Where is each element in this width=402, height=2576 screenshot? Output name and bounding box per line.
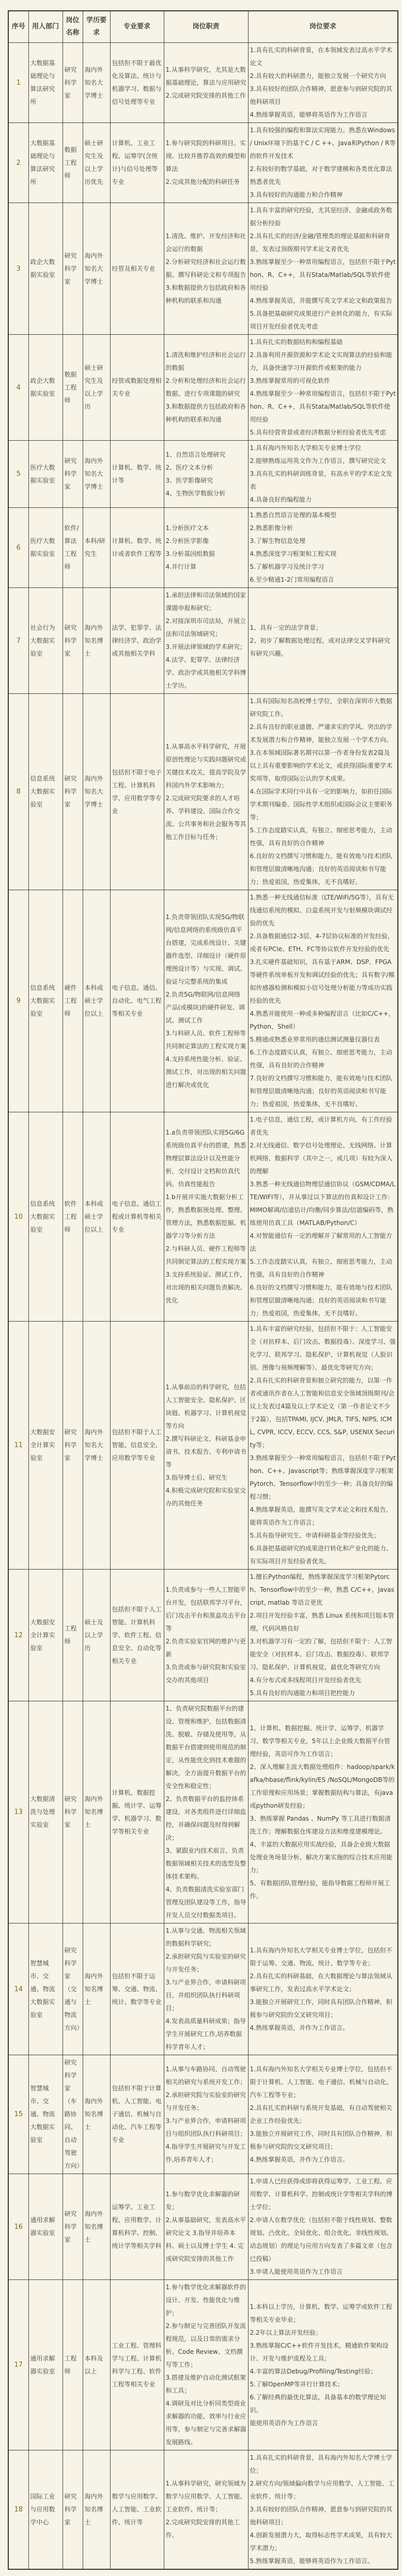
- requirements-item: 6.至少精通1-2门常用编程语言: [250, 573, 396, 586]
- requirements-item: 1.具有扎实的科研背景，在本领域发表过高水平学术论文: [250, 44, 396, 70]
- table-row: 13大数据清洗与处理实验室研究科学家海内外知名博士计算机、数据挖掘、统计学、运筹…: [8, 1701, 398, 1923]
- duties-item: 4.发表高质量科研成果；指导学生开展研究工作,培养数据科学青年人才；: [166, 2015, 246, 2054]
- requirements-item: 2.具有较大的科研潜力，能独立发展一个研究方向: [250, 70, 396, 83]
- duties-item: 1.参与数学优化求解器的研发；: [166, 2188, 246, 2214]
- page: 序号用人部门岗位名称学历要求专业要求岗位职责岗位要求 1大数据基础理论与算法研究…: [0, 0, 402, 2576]
- cell-major: 数学与应用数学、人工智能、工业软件、统计等: [110, 2450, 164, 2570]
- cell-duties: 1.从事科学研究，研究领域为数学与应用数学、人工智能、工业软件、统计等；2.完成…: [164, 2450, 248, 2570]
- requirements-item: 4.有分布式或多线程项目开发经验者优先: [250, 1674, 396, 1687]
- requirements-item: 3.扎实硬件基础知识，具有基于ARM、DSP、FPGA等硬件系统单板开发和调试经…: [250, 956, 396, 1007]
- requirements-item: 1.具有国际知名高校博士学位，全职在深圳市大数据研究院工作。: [250, 695, 396, 721]
- cell-department: 通用求解器实验室: [28, 2174, 63, 2280]
- requirements-item: 3.具有较好的团队合作精神，愿意参与到研究院的其他科研项目: [250, 83, 396, 108]
- requirements-item: 2.具有扎实的科研与系统开发基础，有自动驾驶相关企业工作经验优先；: [250, 2102, 396, 2128]
- table-body: 1大数据基础理论与算法研究所研究科学家海内外知名大学博士包括但不限于最优化及算法…: [8, 43, 398, 2570]
- requirements-item: 7.良好的文档撰写习惯和能力，能有效地与技术团队和管理层做清晰地沟通；良好的英语…: [250, 1072, 396, 1111]
- cell-duties: 1.参与数学优化求解器的研发；2.从事基础研究，发表高水平研究论文 3.指导并培…: [164, 2174, 248, 2280]
- cell-index: 7: [8, 588, 28, 694]
- cell-education: 海内外知名大学博士: [83, 43, 110, 123]
- cell-duties: 1.从事与交通、物流相关领域的数据科学研究；2.承担研究院与实验室的研究与开发任…: [164, 1923, 248, 2055]
- table-row: 4政企大数据实验室数据工程师硕士研究生及以上学历经管或数据处理相关专业1.清洗和…: [8, 335, 398, 441]
- table-row: 11大数据安全计算实验室研究科学家海内外知名大学博士包括但不限于人工智能、信息安…: [8, 1322, 398, 1570]
- requirements-item: 3.能独立开展研究工作，同时具有团队合作精神，积极参与研究院的交叉研究项目；: [250, 2128, 396, 2153]
- duties-item: 1.从事前沿的科学研究，包括人工智能安全、隐私保护、区块链、机器学习、计算机视觉…: [166, 1381, 246, 1433]
- cell-education: 硕士研究生及以上学历: [83, 335, 110, 441]
- cell-education: 硕士研究生及以上学历优先: [83, 123, 110, 203]
- requirements-item: 4.熟练掌握英语，并作为工作语言。: [250, 2153, 396, 2166]
- requirements-item: 2.能够熟练运用英文作为工作语言，撰写研究论文: [250, 455, 396, 468]
- table-row: 12大数据安全计算实验室工程师硕士及以上学历包括但不限于人工智能、计算机科学、软…: [8, 1570, 398, 1701]
- duties-item: 4.积极完成研究院和实验室交办的其他任务: [166, 1484, 246, 1510]
- requirements-item: 2.具有扎实的经济/金融/管理类的理论基础和科研背景，发表过顶级期刊学术论文者优…: [250, 230, 396, 256]
- duties-item: 2.分析研究经济和社会运行数据、撰写科研论文和专项报告: [166, 256, 246, 282]
- cell-education: 海内外知名博士: [83, 1923, 110, 2055]
- cell-duties: 1.从事前沿的科学研究，包括人工智能安全、隐私保护、区块链、机器学习、计算机视觉…: [164, 1322, 248, 1570]
- requirements-item: 3.能独立开展研究工作，同时具有团队合作精神，积极参与研究院的交叉研究项目；: [250, 1996, 396, 2022]
- duties-item: 4.支持系统性能分析、验证、测试工作，对出现的相关问题进行解决或优化: [166, 1053, 246, 1092]
- cell-index: 6: [8, 508, 28, 588]
- duties-item: 2.承担研究院与实验室的研究与开发任务；: [166, 2089, 246, 2115]
- cell-position: 研究科学家: [63, 203, 83, 335]
- duties-item: 1.从事科学研究，尤其是大数据基础理论，算法与应用研究: [166, 64, 246, 89]
- cell-department: 通用求解器实验室: [28, 2280, 63, 2450]
- duties-item: 1.从事与车路协同、自动驾驶相关的研究与系统开发工作；: [166, 2063, 246, 2089]
- cell-duties: 1.a负责带领团队实现5G/6G系统级仿真平台的搭建，熟悉物理层算法设计以及性能…: [164, 1112, 248, 1322]
- duties-item: 2.完成研究院安排的其他工作。: [166, 2516, 246, 2542]
- cell-education: 海内外知名博士: [83, 2055, 110, 2174]
- cell-requirements: 1.具有丰富的研究经验，尤其是经济、金融或政务数据分析经验2.具有扎实的经济/金…: [248, 203, 398, 335]
- cell-requirements: 1.具有海内外知名大学相关专业博士学位，包括但不限于运筹、交通、物流、统计、数学…: [248, 1923, 398, 2055]
- duties-item: 1.清洗和维护经济和社会运行的数据: [166, 349, 246, 375]
- requirements-item: 4.熟练掌握英语，能够将英语作为工作语言: [250, 108, 396, 121]
- duties-item: 3.与产业界合作，申请科研项目，并组织团队执行科研项目；: [166, 1976, 246, 2015]
- requirements-item: 2.具备数据通信2-3层、4-7层协议标准的开发经验，或者有PCIe、ETH、F…: [250, 930, 396, 956]
- header-row: 序号用人部门岗位名称学历要求专业要求岗位职责岗位要求: [8, 11, 398, 43]
- column-header-education: 学历要求: [83, 11, 110, 43]
- requirements-item: 2.具有良好的职业道德、严谨求实的学风、突出的学术发展潜力和合作精神，能独立发展…: [250, 721, 396, 747]
- requirements-item: 3.对机器学习有一定的了解，包括但不限于：人工智能安全（对抗样本、后门攻击、数据…: [250, 1635, 396, 1674]
- cell-education: 海内外知名大学博士: [83, 203, 110, 335]
- cell-duties: 1、自然语言处理研究2、医疗文本分析3、医学影像研究4、生物医学数据分析: [164, 441, 248, 508]
- cell-education: 海内外知名博士: [83, 2450, 110, 2570]
- duties-item: 1.a负责带领团队实现5G/6G系统级仿真平台的搭建，熟悉物理层算法设计以及性能…: [166, 1126, 246, 1191]
- duties-item: 2.负责5G/物联网/信息网络产品(或模块)的硬件研发、调试、测试工作: [166, 988, 246, 1027]
- cell-duties: 1、负责研究院数据平台的建设、管理和维护，包括数据清洗、脱敏、存储及使用等，从数…: [164, 1701, 248, 1923]
- table-row: 9信息系统大数据实验室硬件工程师本科或硕士学位以上电子信息、通信、自动化、电气工…: [8, 890, 398, 1112]
- cell-department: 大数据基础理论与算法研究所: [28, 123, 63, 203]
- cell-department: 信息系统大数据实验室: [28, 1112, 63, 1322]
- requirements-item: 4.熟悉并能使用一种或多种编程语言（比如C/C++，Python，Shell）: [250, 1007, 396, 1033]
- duties-item: 3.与科研人员、软件工程师等共同制定算法的工程实现方案: [166, 1027, 246, 1053]
- duties-item: 1、自然语言处理研究: [166, 448, 246, 461]
- cell-department: 智慧城市、交通、物流大数据实验室: [28, 2055, 63, 2174]
- requirements-item: 2.2年以上算法开发经验；: [250, 2326, 396, 2339]
- cell-position: 软件/算法工程师: [63, 508, 83, 588]
- cell-duties: 1.承担法律和司法领域的国家课题申报和研究；2.对接深圳市司法局，开展立法和司法…: [164, 588, 248, 694]
- duties-item: 1.负责带领团队实现5G/物联网/信息网络的系统级仿真平台搭建，完成系统设计、关…: [166, 911, 246, 988]
- requirements-item: 3.熟练掌握至少一种常用编程语言，包括但不限于Python、C++、Javasc…: [250, 1452, 396, 1503]
- cell-requirements: 1.擅长Python编程，熟练掌握深度学习框架Pytorch、Tensorflo…: [248, 1570, 398, 1701]
- cell-requirements: 1、具有一定的法学背景；2、初步了解数据处理过程，或对法律交叉学科研究有研究兴趣…: [248, 588, 398, 694]
- cell-requirements: 1.电子信息，通信工程，或计算机方向，有工作经验者优先2.对无线通信、数字信号处…: [248, 1112, 398, 1322]
- duties-item: 2.完成其他分配的科研任务: [166, 176, 246, 189]
- requirements-item: 1、具有一定的法学背景；: [250, 622, 396, 634]
- cell-education: 硕士及以上学历: [83, 1570, 110, 1701]
- cell-major: 包括但不限于人工智能、计算机科学、软件工程、信息安全、自动化等相关专业: [110, 1570, 164, 1701]
- cell-department: 社会行为大数据实验室: [28, 588, 63, 694]
- requirements-item: 4.创新发展潜力大，取得标志性学术成果，具有较大学术潜力；: [250, 2529, 396, 2555]
- cell-index: 15: [8, 2055, 28, 2174]
- cell-duties: 1.负责带领团队实现5G/物联网/信息网络的系统级仿真平台搭建，完成系统设计、关…: [164, 890, 248, 1112]
- requirements-item: 3、熟练掌握 Pandas 、NumPy 等工具进行数据清洗工作；理解数据仓库建…: [250, 1812, 396, 1838]
- requirements-item: 5、有数据团队管理经验，能指导数据工程师开展工作。: [250, 1877, 396, 1903]
- table-row: 17通用求解器实验室工程师本科及以上工业工程、管理科学与工程、计算机科学与工程、…: [8, 2280, 398, 2450]
- column-header-department: 用人部门: [28, 11, 63, 43]
- requirements-item: 1.电子信息，通信工程，或计算机方向，有工作经验者优先: [250, 1113, 396, 1139]
- cell-requirements: 1.具有扎实的科研背景，在本领域发表过高水平学术论文2.具有较大的科研潜力，能独…: [248, 43, 398, 123]
- cell-position: 研究科学家（车路协同、自动驾驶方向）: [63, 2055, 83, 2174]
- table-row: 7社会行为大数据实验室研究科学家海内外知名博士法学、犯罪学、法律经济学、政治学或…: [8, 588, 398, 694]
- table-row: 18国际工业与应用数学中心研究科学家海内外知名博士数学与应用数学、人工智能、工业…: [8, 2450, 398, 2570]
- cell-index: 4: [8, 335, 28, 441]
- requirements-item: 1.熟悉一种无线通信标准（LTE/WiFi/5G等），具有无线通信系统的模拟、白…: [250, 891, 396, 930]
- cell-major: 包括但不限于电子工程、计算机科学、应用数学等专业: [110, 694, 164, 890]
- requirements-item: 2.具有扎实的科研基础，在大数据理论与算法领域从事研究工作，发表过高水平学术论文…: [250, 1970, 396, 1996]
- requirements-item: 6.良好的文档撰写习惯和能力，能有效地与技术团队和管理层做清晰地沟通；良好的英语…: [250, 850, 396, 889]
- cell-position: 研究科学家: [63, 43, 83, 123]
- duties-item: 2.承担研究院与实验室的研究与开发任务；: [166, 1950, 246, 1976]
- requirements-item: 2、深入理解主流大数据处理组件：hadoop/spark/kafka/hbase…: [250, 1761, 396, 1812]
- cell-position: 硬件工程师: [63, 890, 83, 1112]
- cell-education: 海内外知名博士: [83, 588, 110, 694]
- cell-department: 医疗大数据实验室: [28, 508, 63, 588]
- cell-major: 经管或数据处理相关专业: [110, 335, 164, 441]
- cell-requirements: 1.熟悉一种无线通信标准（LTE/WiFi/5G等），具有无线通信系统的模拟、白…: [248, 890, 398, 1112]
- cell-requirements: 1.熟悉自然语言处理的基本模型2.熟悉影像分析3.了解生物信息处理4.熟悉深度学…: [248, 508, 398, 588]
- requirements-item: 1.具有丰富的研究经验，包括但不限于：人工智能安全（对抗样本、后门攻击、数据投毒…: [250, 1323, 396, 1374]
- duties-item: 1.承担法律和司法领域的国家课题申报和研究；: [166, 589, 246, 615]
- duties-item: 3.负责或参与研究院和实验室交办的其他项目: [166, 1661, 246, 1687]
- duties-item: 2.分析和处理经济和社会运行数据、进行专项课题的研究: [166, 375, 246, 400]
- requirements-item: 4.熟悉深度学习框架和工程实现: [250, 548, 396, 561]
- column-header-major: 专业要求: [110, 11, 164, 43]
- cell-duties: 1.从事与车路协同、自动驾驶相关的研究与系统开发工作；2.承担研究院与实验室的研…: [164, 2055, 248, 2174]
- cell-position: 数据工程师: [63, 123, 83, 203]
- cell-index: 9: [8, 890, 28, 1112]
- requirements-item: 3.在本领域国际著名期刊以第一作者身份发表2篇及以上具有重要影响的学术论文，或获…: [250, 747, 396, 785]
- requirements-item: 1.申请人已经获得或即将获得运筹学、工业工程、应用数学、计算机科学、控制或统计学…: [250, 2175, 396, 2214]
- cell-requirements: 1.具有扎实的科研背景，具有海内外知名大学博士学位；2.研究方向/领域偏向数学与…: [248, 2450, 398, 2570]
- duties-item: 2.与科研人员、硬件工程师等共同制定算法的工程实现方案: [166, 1243, 246, 1268]
- duties-item: 2.完成研究院安排的其他工作: [166, 89, 246, 102]
- cell-major: 工业工程、管理科学与工程、计算机科学与工程、软件工程等相关专业: [110, 2280, 164, 2450]
- requirements-item: 3.熟练掌握至少一种常用编程语言，包括但不限于Python、R、C++，具有St…: [250, 256, 396, 294]
- cell-duties: 1.参与研究院的科研项目。实现、比较并推荐高效的模型和算法2.完成其他分配的科研…: [164, 123, 248, 203]
- cell-index: 3: [8, 203, 28, 335]
- column-header-index: 序号: [8, 11, 28, 43]
- cell-education: 海内外知名博士: [83, 2174, 110, 2280]
- duties-item: 3、紧跟业内技术前言，负责数据领域相关技术的选型及整体技术架构。: [166, 1844, 246, 1883]
- duties-item: 2.撰写科研论文、科研基金申请书、技术报告、专利申请书等: [166, 1433, 246, 1471]
- cell-position: 研究科学家: [63, 441, 83, 508]
- duties-item: 4、负责数据清洗实验室部门管理及团队建设等工作，指导开发人员交付数据类项目。: [166, 1883, 246, 1922]
- cell-index: 1: [8, 43, 28, 123]
- requirements-item: 1.具有海内外知名大学相关专业博士学位: [250, 442, 396, 455]
- column-header-requirements: 岗位要求: [248, 11, 398, 43]
- requirements-item: 1.具有扎实的数据结构和编程基础: [250, 336, 396, 349]
- cell-major: 计算机、数据挖掘、统计学、运筹学、机器学习、数学等相关专业: [110, 1701, 164, 1923]
- cell-index: 14: [8, 1923, 28, 2055]
- cell-position: 软件工程师: [63, 1112, 83, 1322]
- cell-major: 计算机、工业工程、运筹学(含统计)与信号处理等专业: [110, 123, 164, 203]
- requirements-item: 能使用英语作为工作语言: [250, 2417, 396, 2430]
- column-header-duties: 岗位职责: [164, 11, 248, 43]
- duties-item: 1.负责或参与一些人工智能平台开发，包括联邦学习平台，后门攻击平台和黑盒攻击平台…: [166, 1584, 246, 1635]
- requirements-item: 1.具有海内外知名大学相关专业博士学位，包括但不限于计算机、人工智能、电子通信、…: [250, 2063, 396, 2102]
- requirements-item: 4.丰富的算法Debug/Profiling/Testing经验；: [250, 2365, 396, 2378]
- requirements-item: 1.具有较强的编程和算法实现能力。熟悉在Windows / Unix环境下的基于…: [250, 124, 396, 163]
- duties-item: 3.和数据提供方包括政府和各种机构的联系和沟通: [166, 400, 246, 426]
- cell-duties: 1.从事高水平科学研究，开展原创性理论与实践问题研究或关键技术攻关，提高学院及学…: [164, 694, 248, 890]
- cell-position: 研究科学家: [63, 2450, 83, 2570]
- cell-major: 包括但不限于人工智能、信息安全、应用数学等专业: [110, 1322, 164, 1570]
- duties-item: 2.参与制定与完善团队开发流程规范，以及日常的需求分析、Code Review、…: [166, 2320, 246, 2371]
- requirements-item: 3.具有较好的沟通能力和合作精神: [250, 189, 396, 201]
- cell-education: 本科及以上: [83, 2280, 110, 2450]
- table-row: 14智慧城市、交通、物流大数据实验室研究科学家（交通与物流方向）海内外知名博士包…: [8, 1923, 398, 2055]
- cell-requirements: 1.具有海内外知名大学相关专业博士学位，包括但不限于计算机、人工智能、电子通信、…: [248, 2055, 398, 2174]
- requirements-item: 2.具有扎实的科研背景和独立研究的能力，以第一作者或通讯作者在人工智能和信息安全…: [250, 1374, 396, 1452]
- cell-requirements: 1、计算机、数据挖掘、统计学、运筹学、机器学习、数学等相关专业，5年以上企业级大…: [248, 1701, 398, 1923]
- cell-position: 研究科学家: [63, 588, 83, 694]
- requirements-item: 3.了解生物信息处理: [250, 535, 396, 548]
- requirements-item: 4.熟练掌握英语，能撰写英文学术论文和技术报告，能将英语作为工作语言；: [250, 1503, 396, 1529]
- cell-position: 研究科学家: [63, 1322, 83, 1570]
- requirements-item: 4、丰富的大数据应用实战经验，具备企业级大数据处理业务场景分析、解决方案实施的综…: [250, 1838, 396, 1877]
- requirements-item: 2.对无线通信、数字信号处理理论、无线网络、计算机网络、数据科学（其中之一，或几…: [250, 1139, 396, 1178]
- requirements-item: 6.工作态度踏实认真，有独立、细密思考能力，主动性强，具有良好的合作精神: [250, 1046, 396, 1072]
- requirements-item: 2、初步了解数据处理过程，或对法律交叉学科研究有研究兴趣。: [250, 634, 396, 660]
- requirements-item: 4.具备良好的编程能力: [250, 493, 396, 506]
- duties-item: 1、负责研究院数据平台的建设、管理和维护，包括数据清洗、脱敏、存储及使用等，从数…: [166, 1702, 246, 1793]
- cell-department: 信息系统大数据实验室: [28, 890, 63, 1112]
- duties-item: 2.从事基础研究，发表高水平研究论文 3.指导并培养本科、硕士以及博士学生 4.…: [166, 2214, 246, 2265]
- requirements-item: 1.熟悉自然语言处理的基本模型: [250, 509, 396, 522]
- duties-item: 4.并行计算: [166, 561, 246, 573]
- requirements-item: 6.具备把基础研究的成果进行转化和产业化的能力、有实际项目开发经验者优先。: [250, 1542, 396, 1568]
- table-row: 8信息系统大数据实验室研究科学家海内外知名大学博士包括但不限于电子工程、计算机科…: [8, 694, 398, 890]
- duties-item: 4.调研及对比分析同类型商业求解器的功能、效率与行业应用等，参与制定与完善求解器…: [166, 2397, 246, 2449]
- cell-education: 海内外知名大学博士: [83, 694, 110, 890]
- cell-requirements: 1.具有较强的编程和算法实现能力。熟悉在Windows / Unix环境下的基于…: [248, 123, 398, 203]
- requirements-item: 5.具有经管背景或者经济数据分析经验者优先考虑: [250, 426, 396, 439]
- table-row: 3政企大数据实验室研究科学家海内外知名大学博士经管及相关专业1.清洗、维护、开发…: [8, 203, 398, 335]
- duties-item: 1.参与研究院的科研项目。实现、比较并推荐高效的模型和算法: [166, 137, 246, 176]
- duties-item: 3.和数据提供方包括政府和各种机构的联系和沟通: [166, 282, 246, 307]
- cell-department: 大数据安全计算实验室: [28, 1322, 63, 1570]
- requirements-item: 5.熟练掌握英语，能够将英语作为工作语言。: [250, 2555, 396, 2568]
- requirements-item: 3.熟练掌握常用的可视化软件: [250, 375, 396, 387]
- cell-department: 政企大数据实验室: [28, 203, 63, 335]
- cell-education: 本科/研究生: [83, 508, 110, 588]
- cell-duties: 1.参与数学优化求解器软件的设计、开发、性能优化与维护；2.参与制定与完善团队开…: [164, 2280, 248, 2450]
- duties-item: 3.分析基因组数据: [166, 548, 246, 561]
- cell-department: 信息系统大数据实验室: [28, 694, 63, 890]
- cell-duties: 1.从事科学研究，尤其是大数据基础理论，算法与应用研究2.完成研究院安排的其他工…: [164, 43, 248, 123]
- duties-item: 2、医疗文本分析: [166, 461, 246, 474]
- duties-item: 2.对接深圳市司法局，开展立法和司法领域研究；: [166, 615, 246, 641]
- cell-education: 海内外知名博士: [83, 1701, 110, 1923]
- requirements-item: 6.了解经典的最优化算法，具备基本的数学理论知识。: [250, 2391, 396, 2417]
- duties-item: 2.完成研究院要求的人才培养、学科建设、国际合作交流、公共事务和社会服务等其他工…: [166, 792, 246, 844]
- cell-major: 包括但不限于计算机、人工智能、电子通信、机械与自动化、汽车工程等专业: [110, 2055, 164, 2174]
- duties-item: 4.法学、犯罪学、法律经济学、政治学或其他相关学科博士学历。: [166, 654, 246, 692]
- requirements-item: 3.熟悉一种无线通信物理层通信协议（GSM/CDMA/LTE/WIFI等），并从…: [250, 1178, 396, 1230]
- requirements-item: 2.有较好的数学基础，对于数学建模和各类优化算法熟悉者优先: [250, 163, 396, 189]
- requirements-item: 2.项目开发经验丰富，熟悉 Linux 系统和项目版本管理，代码风格良好: [250, 1609, 396, 1635]
- cell-index: 17: [8, 2280, 28, 2450]
- cell-requirements: 1.本科以上学历，计算机、数学、运筹学或软件工程等相关专业毕业；2.2年以上算法…: [248, 2280, 398, 2450]
- duties-item: 1.从事科学研究，研究领域为数学与应用数学、人工智能、工业软件、统计等；: [166, 2477, 246, 2516]
- cell-index: 18: [8, 2450, 28, 2570]
- duties-item: 4、生物医学数据分析: [166, 487, 246, 500]
- requirements-item: 5.精通或熟悉业界常用的通信测试测量仪器仪表: [250, 1033, 396, 1046]
- duties-item: 2.分析医学影像: [166, 535, 246, 548]
- table-row: 2大数据基础理论与算法研究所数据工程师硕士研究生及以上学历优先计算机、工业工程、…: [8, 123, 398, 203]
- cell-index: 5: [8, 441, 28, 508]
- cell-department: 大数据安全计算实验室: [28, 1570, 63, 1701]
- requirements-item: 3.具有扎实的科研训练背景，有高水平的学术论文发表: [250, 468, 396, 493]
- requirements-item: 5.具备把基础研究成果进行产业转化的能力，有实际项目开发经验者优先考虑: [250, 307, 396, 333]
- duties-item: 1.从事高水平科学研究，开展原创性理论与实践问题研究或关键技术攻关，提高学院及学…: [166, 740, 246, 792]
- table-header: 序号用人部门岗位名称学历要求专业要求岗位职责岗位要求: [8, 11, 398, 43]
- cell-position: 研究科学家（交通与物流方向）: [63, 1923, 83, 2055]
- cell-position: 数据工程师: [63, 335, 83, 441]
- requirements-item: 1.具有丰富的研究经验，尤其是经济、金融或政务数据分析经验: [250, 204, 396, 230]
- duties-item: 3、医学影像研究: [166, 474, 246, 487]
- requirements-item: 6.良好的文档撰写习惯和能力，能有效地与技术团队和管理层做清晰地沟通；良好的英语…: [250, 1281, 396, 1320]
- cell-position: 研究科学家: [63, 694, 83, 890]
- cell-major: 计算机、数学、统计或者软件工程等: [110, 508, 164, 588]
- cell-department: 智慧城市、交通、物流大数据实验室: [28, 1923, 63, 2055]
- table-row: 10信息系统大数据实验室软件工程师本科或硕士学位以上电子信息、通信工程或计算机等…: [8, 1112, 398, 1322]
- cell-requirements: 1.具有国际知名高校博士学位，全职在深圳市大数据研究院工作。2.具有良好的职业道…: [248, 694, 398, 890]
- requirements-item: 5.具有良好的沟通能力和项目把控能力: [250, 1687, 396, 1700]
- cell-index: 8: [8, 694, 28, 890]
- cell-position: 工程师: [63, 2280, 83, 2450]
- requirements-item: 4.熟练掌握英语，并能撰写英文学术论文和政策报告: [250, 294, 396, 307]
- requirements-item: 2.研究方向/领域偏向数学与应用数学、人工智能、工业软件、统计等；: [250, 2477, 396, 2503]
- requirements-item: 2.具备利用开源资源和学术论文实现算法的经验和能力，具备快速学习开源软件或框架的…: [250, 349, 396, 375]
- cell-requirements: 1.具有海内外知名大学相关专业博士学位2.能够熟练运用英文作为工作语言，撰写研究…: [248, 441, 398, 508]
- requirements-item: 4.熟练掌握英语，并作为工作语言。: [250, 2022, 396, 2035]
- cell-department: 国际工业与应用数学中心: [28, 2450, 63, 2570]
- cell-department: 政企大数据实验室: [28, 335, 63, 441]
- job-positions-table: 序号用人部门岗位名称学历要求专业要求岗位职责岗位要求 1大数据基础理论与算法研究…: [8, 10, 398, 2570]
- cell-index: 10: [8, 1112, 28, 1322]
- cell-index: 12: [8, 1570, 28, 1701]
- requirements-item: 4.对智能通信有一定的理解并了解常用的人工智能方法: [250, 1230, 396, 1255]
- duties-item: 3.与产业界合作，申请科研项目与组织团队执行科研项目；: [166, 2115, 246, 2140]
- cell-major: 计算机、数学、统计等: [110, 441, 164, 508]
- cell-education: 海内外知名大学博士: [83, 441, 110, 508]
- cell-requirements: 1.具有扎实的数据结构和编程基础2.具备利用开源资源和学术论文实现算法的经验和能…: [248, 335, 398, 441]
- cell-education: 海内外知名大学博士: [83, 1322, 110, 1570]
- cell-duties: 1.清洗、维护、开发经济和社会运行的数据2.分析研究经济和社会运行数据、撰写科研…: [164, 203, 248, 335]
- cell-index: 2: [8, 123, 28, 203]
- cell-duties: 1.负责或参与一些人工智能平台开发，包括联邦学习平台，后门攻击平台和黑盒攻击平台…: [164, 1570, 248, 1701]
- duties-item: 4.指导学生开展研究与开发工作,培养青年人才；: [166, 2140, 246, 2166]
- duties-item: 3.指导博士后、研究生: [166, 1471, 246, 1484]
- requirements-item: 5.工作态度踏实认真，有独立、细密思考能力，主动性强，具有良好的合作精神: [250, 1255, 396, 1281]
- requirements-item: 3.具有较好的团队合作精神，愿意参与到研究院的其他科研项目；: [250, 2503, 396, 2529]
- cell-major: 电子信息、通信工程或计算机等相关专业: [110, 1112, 164, 1322]
- cell-duties: 1.分析医疗文本2.分析医学影像3.分析基因组数据4.并行计算: [164, 508, 248, 588]
- requirements-item: 1.具有扎实的科研背景，具有海内外知名大学博士学位；: [250, 2451, 396, 2477]
- duties-item: 1.b开展并实施大数据分析工作，熟悉数据预处理、整理、管理方法，熟悉数据挖掘、机…: [166, 1191, 246, 1243]
- table-row: 16通用求解器实验室研究科学家海内外知名博士运筹学、工业工程、应用数学、计算机科…: [8, 2174, 398, 2280]
- cell-major: 法学、犯罪学、法律经济学、政治学或其他相关学科: [110, 588, 164, 694]
- table-row: 5医疗大数据实验室研究科学家海内外知名大学博士计算机、数学、统计等1、自然语言处…: [8, 441, 398, 508]
- duties-item: 3.开展法律领域的学术研究；: [166, 641, 246, 654]
- table-row: 6医疗大数据实验室软件/算法工程师本科/研究生计算机、数学、统计或者软件工程等1…: [8, 508, 398, 588]
- cell-requirements: 1.申请人已经获得或即将获得运筹学、工业工程、应用数学、计算机科学、控制或统计学…: [248, 2174, 398, 2280]
- cell-position: 研究科学家: [63, 1701, 83, 1923]
- cell-major: 电子信息、通信、自动化、电气工程等相关专业: [110, 890, 164, 1112]
- duties-item: 1.分析医疗文本: [166, 522, 246, 535]
- table-row: 1大数据基础理论与算法研究所研究科学家海内外知名大学博士包括但不限于最优化及算法…: [8, 43, 398, 123]
- requirements-item: 5.了解机器学习及统计学习: [250, 561, 396, 573]
- cell-education: 本科或硕士学位以上: [83, 1112, 110, 1322]
- duties-item: 1.参与数学优化求解器软件的设计、开发、性能优化与维护；: [166, 2281, 246, 2320]
- requirements-item: 3.熟练掌握C/C++软件开发技术，精通软件架构设计、开发与维护流程及工具；: [250, 2339, 396, 2365]
- cell-department: 大数据清洗与处理实验室: [28, 1701, 63, 1923]
- cell-index: 13: [8, 1701, 28, 1923]
- cell-department: 医疗大数据实验室: [28, 441, 63, 508]
- duties-item: 1.从事与交通、物流相关领域的数据科学研究；: [166, 1925, 246, 1950]
- duties-item: 3.支持系统验证、测试工作，对出现的相关问题负责解决、优化: [166, 1268, 246, 1307]
- cell-department: 大数据基础理论与算法研究所: [28, 43, 63, 123]
- cell-education: 本科或硕士学位以上: [83, 890, 110, 1112]
- duties-item: 3.搭建及维护自动化测试框架和工具；: [166, 2371, 246, 2397]
- duties-item: 2、负责数据平台的监控体系建设，对各类组件进行详细监控，并确保问题及时得到解决；: [166, 1793, 246, 1844]
- requirements-item: 5.具有指导研究生、申请科研基金等经验优先；: [250, 1529, 396, 1542]
- requirements-item: 5.工作态度踏实认真，有独立、细密思考能力，主动性强，具有良好的合作精神: [250, 824, 396, 850]
- cell-position: 研究科学家: [63, 2174, 83, 2280]
- duties-item: 2.负责实验室官网的维护与更新: [166, 1635, 246, 1661]
- table-row: 15智慧城市、交通、物流大数据实验室研究科学家（车路协同、自动驾驶方向）海内外知…: [8, 2055, 398, 2174]
- cell-major: 经管及相关专业: [110, 203, 164, 335]
- requirements-item: 2.申请人在数学优化（包括但不限于线性规划、整数规划、凸优化、全局优化、组合优化…: [250, 2214, 396, 2265]
- cell-major: 运筹学、工业工程、应用数学、计算机科学、控制、统计学等相关学科: [110, 2174, 164, 2280]
- duties-item: 1.清洗、维护、开发经济和社会运行的数据: [166, 230, 246, 256]
- requirements-item: 1.本科以上学历，计算机、数学、运筹学或软件工程等相关专业毕业；: [250, 2301, 396, 2326]
- requirements-item: 1.擅长Python编程，熟练掌握深度学习框架Pytorch、Tensorflo…: [250, 1571, 396, 1609]
- requirements-item: 4.在国际学术同行中具有一定的影响力，如担任国际学术期刊编委、国际性学术组织或国…: [250, 785, 396, 824]
- cell-requirements: 1.具有丰富的研究经验，包括但不限于：人工智能安全（对抗样本、后门攻击、数据投毒…: [248, 1322, 398, 1570]
- column-header-position: 岗位名称: [63, 11, 83, 43]
- requirements-item: 4.熟练掌握至少一种常用编程语言，包括但不限于Python、R、C++，具有St…: [250, 387, 396, 426]
- cell-position: 工程师: [63, 1570, 83, 1701]
- requirements-item: 5.了解OpenMP等并行计算技术；: [250, 2378, 396, 2391]
- cell-index: 11: [8, 1322, 28, 1570]
- cell-major: 包括但不限于运筹、交通、物流、统计、数学等专业: [110, 1923, 164, 2055]
- cell-major: 包括但不限于最优化及算法、统计与机器学习、数据与信号处理等专业: [110, 43, 164, 123]
- requirements-item: 1.具有海内外知名大学相关专业博士学位，包括但不限于运筹、交通、物流、统计、数学…: [250, 1944, 396, 1970]
- requirements-item: 2.熟悉影像分析: [250, 522, 396, 535]
- cell-duties: 1.清洗和维护经济和社会运行的数据2.分析和处理经济和社会运行数据、进行专项课题…: [164, 335, 248, 441]
- requirements-item: 1、计算机、数据挖掘、统计学、运筹学、机器学习、数学等相关专业，5年以上企业级大…: [250, 1722, 396, 1761]
